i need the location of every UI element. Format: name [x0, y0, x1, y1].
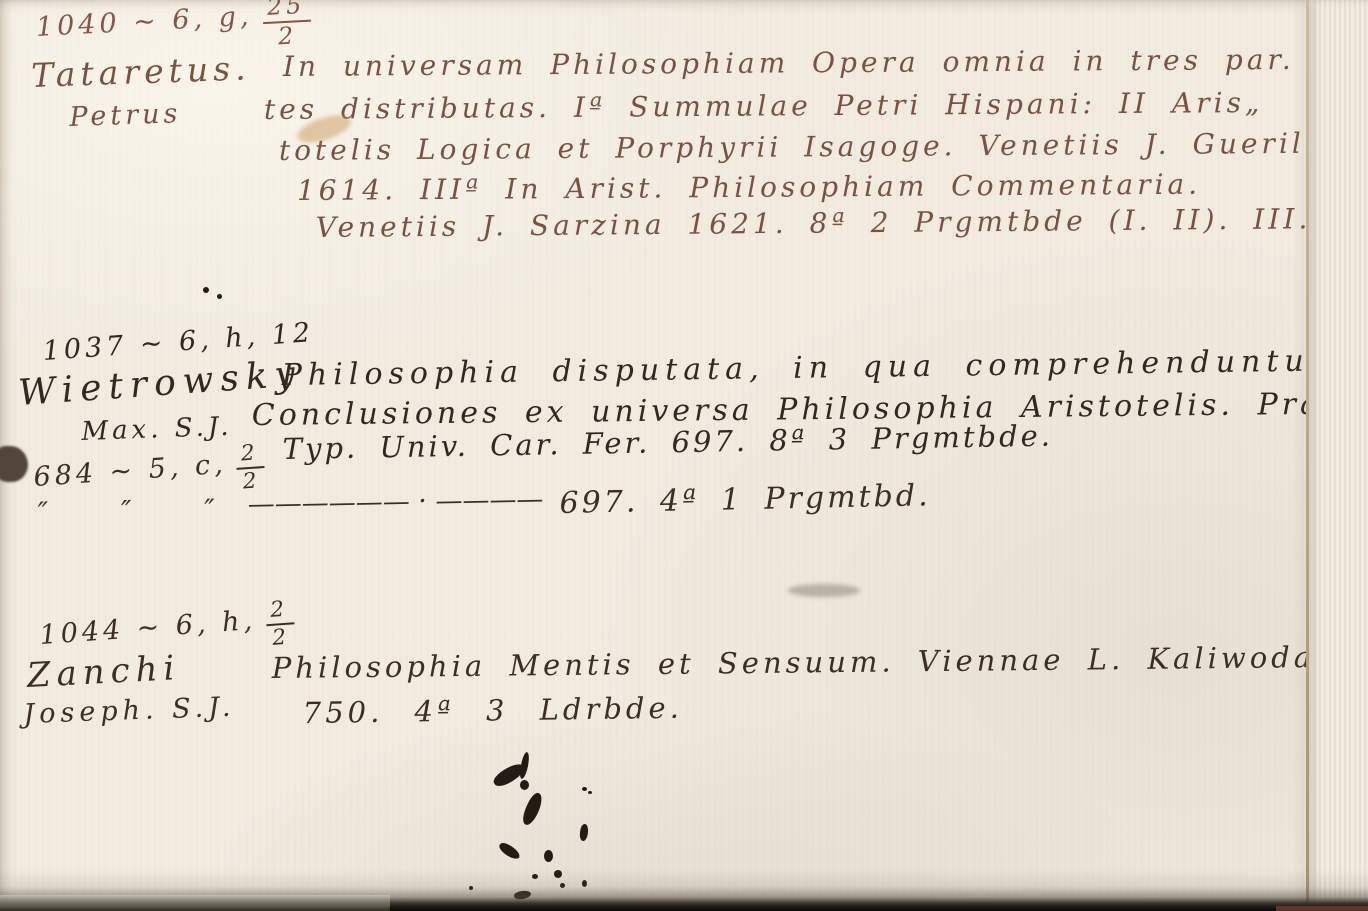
scanned-manuscript-page: 1040 ~ 6, g,252 Tataretus. Petrus In uni… [0, 0, 1368, 911]
scan-bottom-edge-right [1276, 906, 1368, 911]
ink-splatter-dot [520, 780, 529, 790]
entry-text-line: Philosophia disputata, in qua comprehend… [281, 343, 1330, 394]
author-name-line: Max. S.J. [81, 412, 233, 448]
entry-text-line: 697. 4ª 1 Prgmtbd. [559, 478, 931, 522]
entry-text-line: totelis Logica et Porphyrii Isagoge. Ven… [279, 127, 1331, 168]
author-name-line: Tataretus. [31, 48, 252, 95]
ink-splatter-dot [582, 787, 587, 791]
entry-text-line: Venetiis J. Sarzina 1621. 8ª 2 Prgmtbde … [316, 202, 1312, 244]
ink-splatter-streak [579, 824, 589, 842]
ink-dot [217, 294, 222, 299]
ink-blot-left-edge [0, 446, 28, 482]
ink-splatter-streak [520, 791, 546, 827]
author-name-line: Joseph. S.J. [23, 692, 236, 732]
author-name-line: Petrus [69, 98, 182, 134]
ditto-dash-rule: —————— · ———— [247, 484, 543, 522]
paper-smudge [788, 584, 860, 597]
fraction-numerator: 25 [261, 0, 311, 24]
fraction-denominator: 2 [277, 22, 297, 49]
shelfmark-text: 684 ~ 5, c, [33, 449, 228, 493]
ink-dot [203, 287, 209, 293]
fraction-numerator: 2 [235, 442, 264, 469]
fraction-denominator: 2 [271, 624, 290, 649]
entry-text-line: tes distributas. Iª Summulae Petri Hispa… [264, 86, 1264, 127]
ditto-marks: ″ ″ ″ [37, 493, 215, 530]
shelfmark-fraction: 22 [265, 598, 296, 649]
shelfmark-text: 1040 ~ 6, g, [35, 1, 253, 43]
page-fold-line [1306, 0, 1309, 911]
ink-splatter-dot [544, 850, 553, 862]
entry-text-line: 750. 4ª 3 Ldrbde. [303, 691, 684, 731]
ink-splatter-streak [497, 841, 522, 862]
ink-splatter-dot [588, 791, 592, 794]
author-name-line: Zanchi [26, 648, 182, 697]
entry-text-line: In universam Philosophiam Opera omnia in… [283, 43, 1295, 84]
entry-text-line: Philosophia Mentis et Sensuum. Viennae L… [272, 640, 1316, 686]
fraction-numerator: 2 [265, 598, 294, 625]
shelfmark-fraction: 252 [261, 0, 312, 50]
entry-text-line: 1614. IIIª In Arist. Philosophiam Commen… [297, 168, 1201, 208]
shelfmark-fraction: 22 [235, 442, 266, 493]
adjacent-page-edge [1309, 0, 1368, 911]
scan-bottom-edge-left [0, 895, 390, 911]
shelfmark-text: 1044 ~ 6, h, [39, 605, 257, 651]
